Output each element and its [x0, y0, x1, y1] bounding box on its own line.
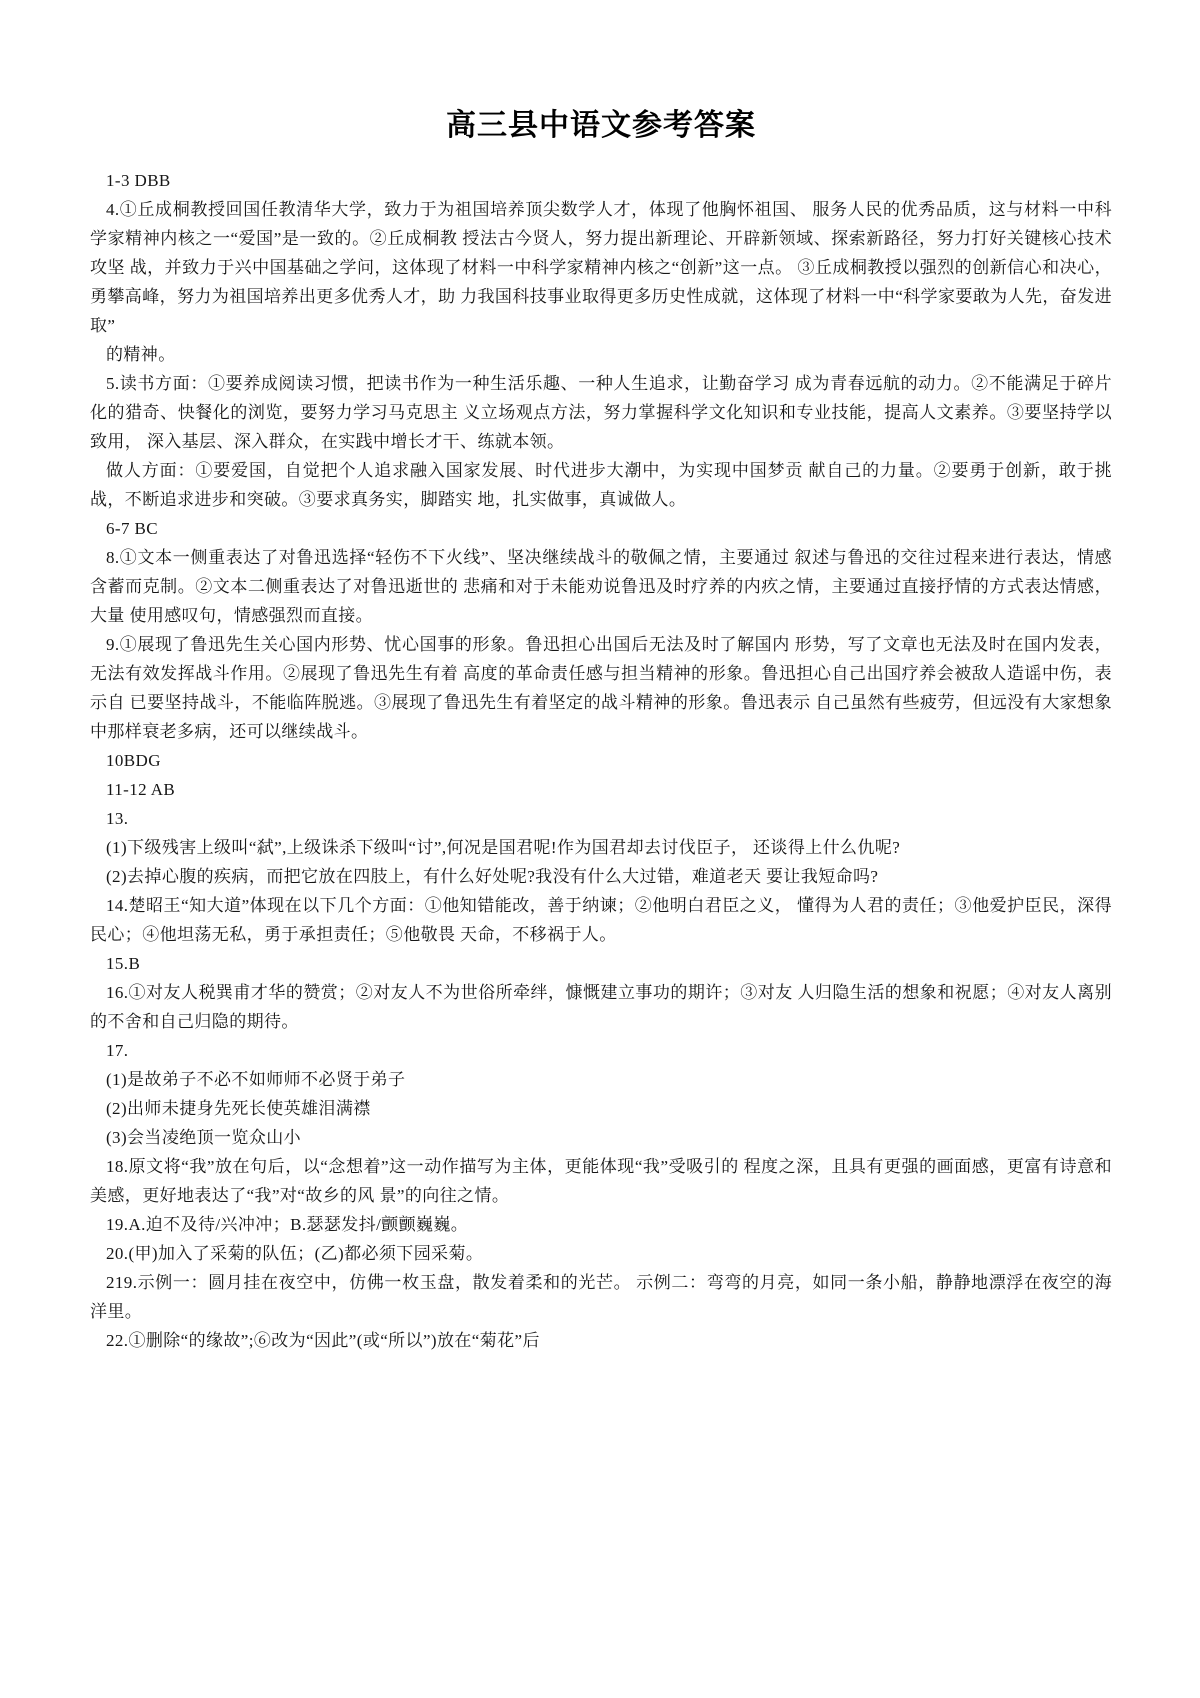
- answer-17-1: (1)是故弟子不必不如师师不必贤于弟子: [90, 1065, 1112, 1094]
- answer-9: 9.①展现了鲁迅先生关心国内形势、忧心国事的形象。鲁迅担心出国后无法及时了解国内…: [90, 630, 1112, 746]
- answer-11-12: 11-12 AB: [90, 775, 1112, 804]
- answer-17-2: (2)出师未捷身先死长使英雄泪满襟: [90, 1094, 1112, 1123]
- answer-5-conduct: 做人方面：①要爱国，自觉把个人追求融入国家发展、时代进步大潮中，为实现中国梦贡 …: [90, 456, 1112, 514]
- answer-19: 19.A.迫不及待/兴冲冲；B.瑟瑟发抖/颤颤巍巍。: [90, 1210, 1112, 1239]
- answer-18: 18.原文将“我”放在句后，以“念想着”这一动作描写为主体，更能体现“我”受吸引…: [90, 1152, 1112, 1210]
- answer-20: 20.(甲)加入了采菊的队伍；(乙)都必须下园采菊。: [90, 1239, 1112, 1268]
- answer-5-reading: 5.读书方面：①要养成阅读习惯，把读书作为一种生活乐趣、一种人生追求，让勤奋学习…: [90, 369, 1112, 456]
- answer-sheet-page: 高三县中语文参考答案 1-3 DBB 4.①丘成桐教授回国任教清华大学，致力于为…: [0, 0, 1200, 1698]
- answer-10: 10BDG: [90, 746, 1112, 775]
- answer-17-3: (3)会当凌绝顶一览众山小: [90, 1123, 1112, 1152]
- answer-6-7: 6-7 BC: [90, 514, 1112, 543]
- answer-13-2: (2)去掉心腹的疾病，而把它放在四肢上，有什么好处呢?我没有什么大过错，难道老天…: [90, 862, 1112, 891]
- answer-8: 8.①文本一侧重表达了对鲁迅选择“轻伤不下火线”、坚决继续战斗的敬佩之情，主要通…: [90, 543, 1112, 630]
- answer-13-label: 13.: [90, 804, 1112, 833]
- answer-1-3: 1-3 DBB: [90, 166, 1112, 195]
- answer-4: 4.①丘成桐教授回国任教清华大学，致力于为祖国培养顶尖数学人才，体现了他胸怀祖国…: [90, 195, 1112, 340]
- answer-22: 22.①删除“的缘故”;⑥改为“因此”(或“所以”)放在“菊花”后: [90, 1326, 1112, 1355]
- answer-21: 219.示例一：圆月挂在夜空中，仿佛一枚玉盘，散发着柔和的光芒。 示例二：弯弯的…: [90, 1268, 1112, 1326]
- answer-15: 15.B: [90, 949, 1112, 978]
- answer-13-1: (1)下级残害上级叫“弑”,上级诛杀下级叫“讨”,何况是国君呢!作为国君却去讨伐…: [90, 833, 1112, 862]
- answers-body: 1-3 DBB 4.①丘成桐教授回国任教清华大学，致力于为祖国培养顶尖数学人才，…: [90, 166, 1112, 1355]
- answer-4-cont: 的精神。: [90, 340, 1112, 369]
- page-title: 高三县中语文参考答案: [90, 100, 1112, 144]
- answer-14: 14.楚昭王“知大道”体现在以下几个方面：①他知错能改，善于纳谏；②他明白君臣之…: [90, 891, 1112, 949]
- answer-16: 16.①对友人税巽甫才华的赞赏；②对友人不为世俗所牵绊，慷慨建立事功的期许；③对…: [90, 978, 1112, 1036]
- answer-17-label: 17.: [90, 1036, 1112, 1065]
